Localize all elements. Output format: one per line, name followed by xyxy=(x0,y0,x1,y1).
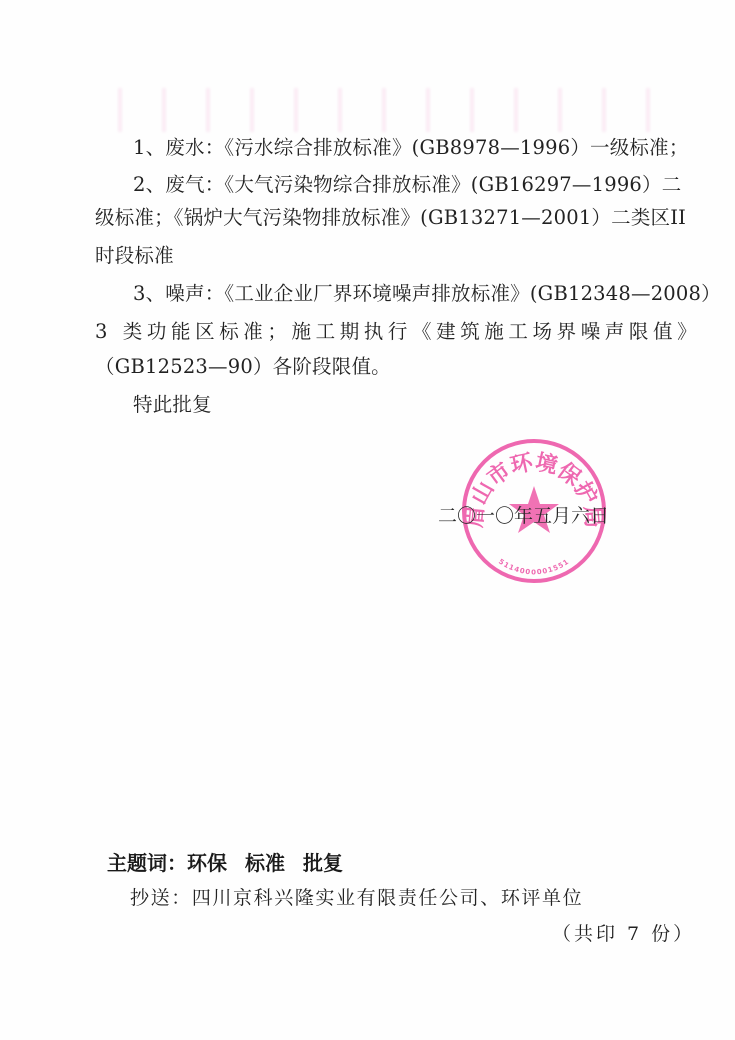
cc-recipients: 四川京科兴隆实业有限责任公司、环评单位 xyxy=(192,887,583,909)
document-page: 1、废水：《污水综合排放标准》(GB8978—1996）一级标准； 2、废气：《… xyxy=(0,0,735,1040)
standard-item-exhaust-line-2: 级标准；《锅炉大气污染物排放标准》(GB13271—2001）二类区II xyxy=(95,206,686,230)
standard-item-exhaust-line-3: 时段标准 xyxy=(95,244,174,268)
bleed-through-stamp-marks xyxy=(100,88,660,132)
subject-keyword: 环保 xyxy=(187,851,227,875)
standard-item-wastewater: 1、废水：《污水综合排放标准》(GB8978—1996）一级标准； xyxy=(133,136,689,160)
cc-line: 抄送：四川京科兴隆实业有限责任公司、环评单位 xyxy=(130,886,583,910)
standard-item-exhaust-line-1: 2、废气：《大气污染物综合排放标准》(GB16297—1996）二 xyxy=(133,173,681,197)
svg-text:5114000001551: 5114000001551 xyxy=(497,558,571,577)
copies-count: （共印 7 份） xyxy=(552,922,695,946)
standard-item-noise-line-2: 3 类功能区标准；施工期执行《建筑施工场界噪声限值》 xyxy=(95,320,701,344)
issue-date: 二〇一〇年五月六日 xyxy=(438,504,609,528)
standard-item-noise-line-3: （GB12523—90）各阶段限值。 xyxy=(95,355,391,379)
standard-item-noise-line-1: 3、噪声：《工业企业厂界环境噪声排放标准》(GB12348—2008） xyxy=(133,282,721,306)
subject-keywords-line: 主题词：环保标准批复 xyxy=(107,850,343,876)
closing-phrase: 特此批复 xyxy=(133,393,212,417)
subject-label: 主题词： xyxy=(107,851,187,875)
subject-keyword: 批复 xyxy=(303,851,343,875)
subject-keyword: 标准 xyxy=(245,851,285,875)
cc-label: 抄送： xyxy=(130,887,192,909)
